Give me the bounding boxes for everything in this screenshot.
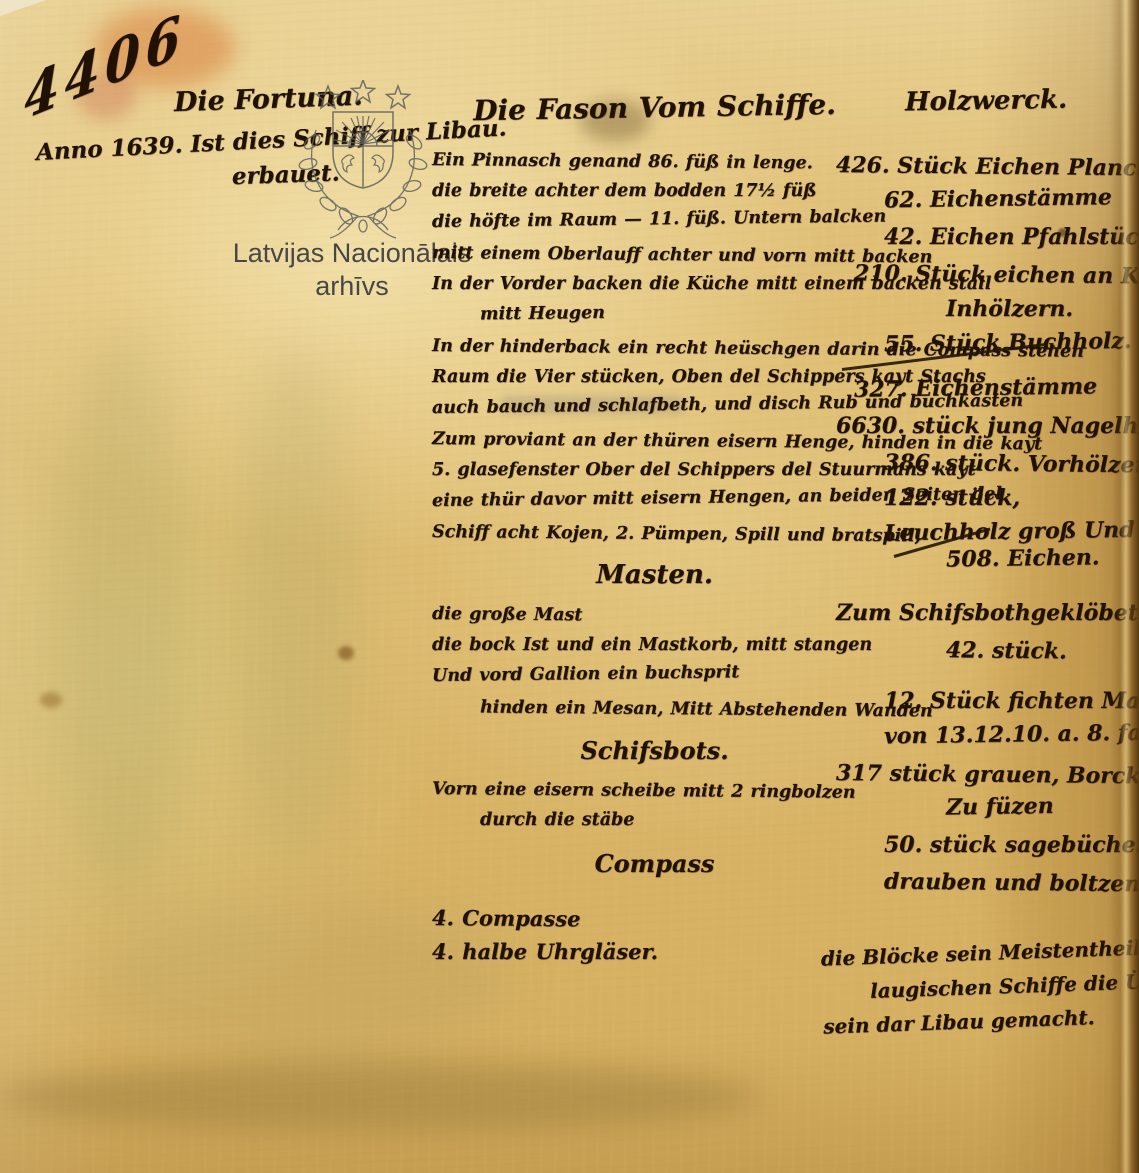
manuscript-line: Zum proviant an der thüren eisern Henge,…: [432, 424, 877, 459]
three-stars-icon: [317, 80, 410, 108]
holzwerck-body: 426. Stück Eichen Plancken,62. Eichenstä…: [836, 150, 1136, 896]
masten-header: Masten.: [432, 560, 877, 591]
page-fold-edge: [1110, 0, 1139, 1173]
manuscript-line: Zum Schifsbothgeklöbet Eichholz: [836, 598, 1136, 628]
shield-icon: [333, 112, 393, 188]
manuscript-line: 42. Eichen Pfahlstück,: [836, 222, 1136, 252]
holzwerck-section: Holzwerck. 426. Stück Eichen Plancken,62…: [836, 86, 1136, 902]
manuscript-line: 122. stück,: [836, 483, 1136, 513]
manuscript-line: Inhölzern.: [836, 294, 1136, 324]
manuscript-line: Zu füzen: [836, 790, 1136, 824]
manuscript-line: mitt einem Oberlauff achter und vorn mit…: [432, 238, 877, 273]
latvia-coat-of-arms-watermark-icon: [288, 80, 438, 252]
verso-bleed-shape: [58, 338, 188, 898]
schifsbots-body: Vorn eine eisern scheibe mitt 2 ringbolz…: [432, 774, 877, 836]
manuscript-line: Und vord Gallion ein buchsprit: [432, 656, 877, 692]
compass-body: 4. Compasse4. halbe Uhrgläser.: [432, 901, 877, 969]
manuscript-line: die höfte im Raum — 11. füß. Untern balc…: [432, 202, 877, 238]
blocks-note: die Blöcke sein Meistentheils von dlaugi…: [820, 930, 1139, 1043]
holzwerck-header: Holzwerck.: [836, 83, 1136, 118]
manuscript-line: 12. Stück fichten Mastbäumer: [836, 686, 1136, 716]
fason-header: Die Fason Vom Schiffe.: [432, 88, 877, 127]
manuscript-line: 426. Stück Eichen Plancken,: [836, 150, 1136, 183]
manuscript-line: 4. halbe Uhrgläser.: [432, 935, 877, 969]
fason-body: Ein Pinnasch genand 86. füß in lenge.die…: [432, 145, 877, 548]
manuscript-line: die große Mast: [432, 599, 877, 634]
manuscript-line: Schiff acht Kojen, 2. Pümpen, Spill und …: [432, 517, 877, 552]
manuscript-line: Ein Pinnasch genand 86. füß in lenge.: [432, 145, 877, 180]
manuscript-line: 508. Eichen.: [836, 542, 1136, 576]
manuscript-line: 55. Stück Buchholz.: [836, 326, 1136, 360]
manuscript-line: 327. Eichenstämme: [836, 371, 1136, 405]
masten-body: die große Mastdie bock Ist und ein Mastk…: [432, 599, 877, 723]
verso-bleed-shape: [235, 345, 355, 865]
manuscript-line: mitt Heugen: [432, 295, 877, 331]
schifsbots-header: Schifsbots.: [432, 735, 877, 766]
scan-edge-sliver: [0, 0, 46, 16]
brown-spot: [338, 646, 354, 660]
manuscript-line: 50. stück sagebüchen Holz Zur: [836, 830, 1136, 860]
manuscript-line: 386. stück. Vorhölzer inhölzern: [836, 447, 1136, 480]
lion-right-icon: [372, 155, 384, 172]
fason-section: Die Fason Vom Schiffe. Ein Pinnasch gena…: [432, 92, 877, 969]
compass-header: Compass: [432, 848, 877, 879]
manuscript-line: von 13.12.10. a. 8. faden,: [836, 718, 1136, 752]
manuscript-line: Vorn eine eisern scheibe mitt 2 ringbolz…: [432, 774, 877, 809]
manuscript-line: 42. stück.: [836, 634, 1136, 667]
manuscript-page: 4406 Die Fortuna. Anno 1639. Ist dies Sc…: [0, 0, 1139, 1173]
manuscript-line: hinden ein Mesan, Mitt Abstehenden Wande…: [432, 692, 877, 727]
manuscript-line: 317 stück grauen, Borcken Ellern: [836, 758, 1136, 791]
manuscript-line: 4. Compasse: [432, 901, 877, 939]
manuscript-line: durch die stäbe: [432, 805, 877, 836]
manuscript-line: drauben und boltzen.: [836, 866, 1136, 899]
manuscript-line: auch bauch und schlafbeth, und disch Rub…: [432, 388, 877, 424]
manuscript-line: 6630. stück jung Nagelholz: [836, 411, 1136, 441]
sun-rays-icon: [334, 116, 392, 144]
manuscript-line: 210. Stück eichen an Kniegbend: [836, 258, 1136, 291]
brown-spot: [40, 692, 62, 708]
bleed-band-bottom: [0, 1062, 760, 1132]
lion-left-icon: [342, 155, 354, 172]
manuscript-line: 62. Eichenstämme: [836, 182, 1136, 216]
manuscript-line: eine thür davor mitt eisern Hengen, an b…: [432, 481, 877, 517]
manuscript-line: In der hinderback ein recht heüschgen da…: [432, 331, 877, 366]
